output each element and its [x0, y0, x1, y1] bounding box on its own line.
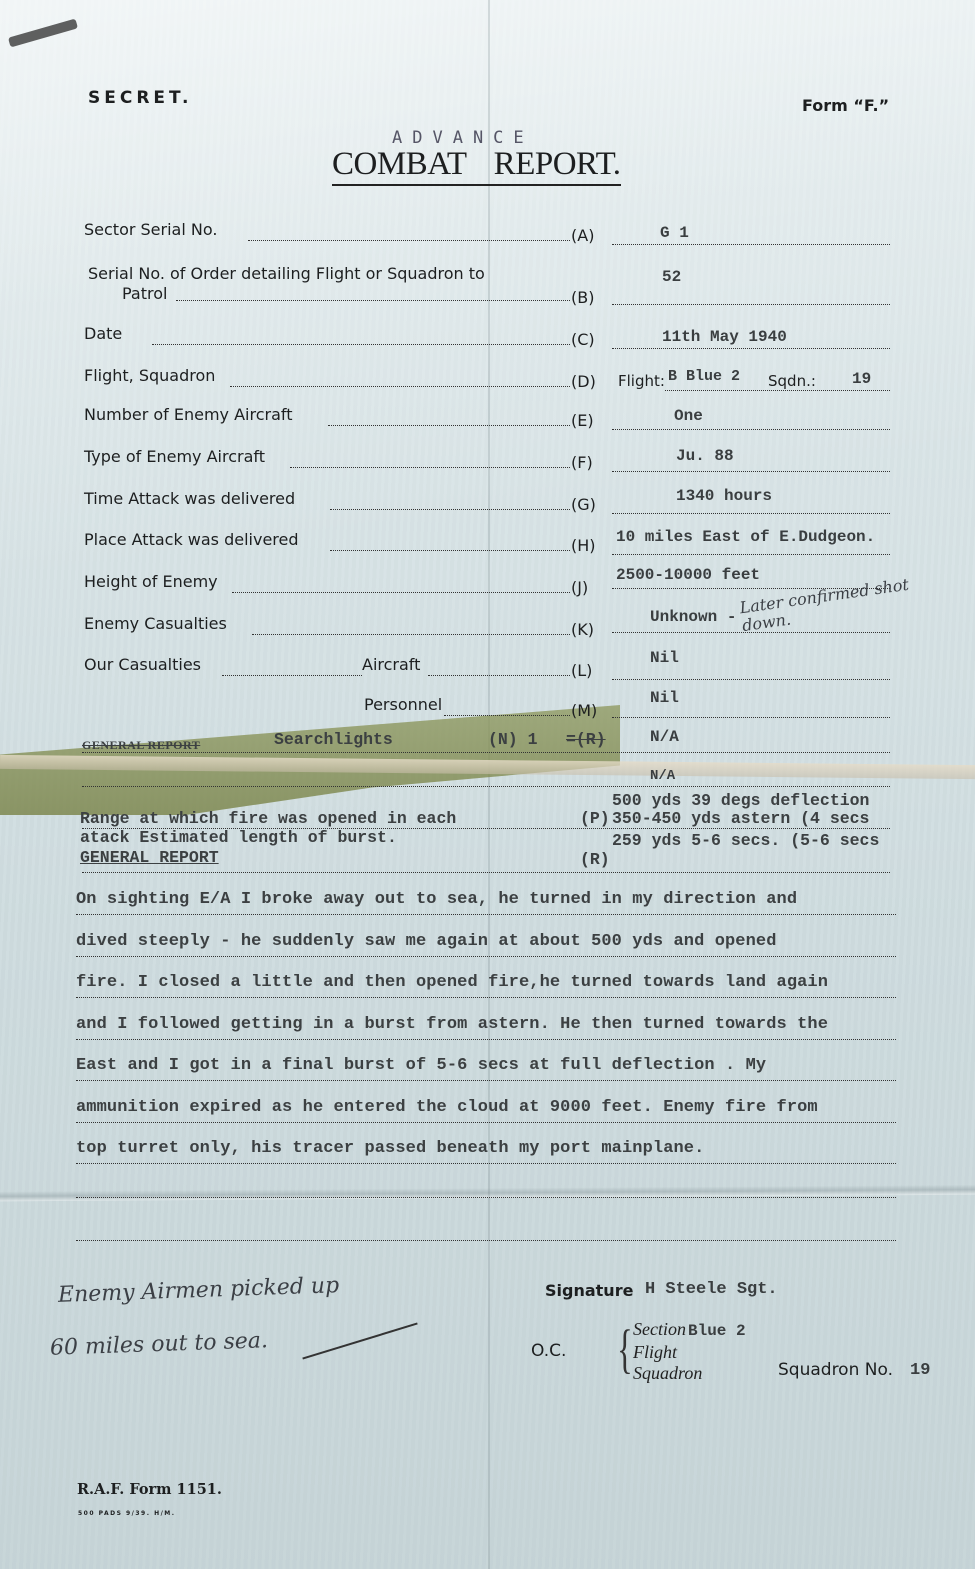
field-row-g: Time Attack was delivered (G) 1340 hours [0, 489, 975, 519]
field-label: Place Attack was delivered [84, 530, 299, 549]
field-row-a: Sector Serial No. (A) G 1 [0, 220, 975, 250]
leader-dots [290, 467, 570, 468]
field-code: (A) [571, 226, 594, 245]
field-code: (C) [571, 330, 595, 349]
general-report-heading: GENERAL REPORT [80, 848, 219, 867]
value-line [612, 471, 890, 472]
field-code: (F) [571, 453, 593, 472]
range-label-2: atack Estimated length of burst. [80, 828, 397, 847]
signature-label: Signature [545, 1281, 633, 1300]
value-line [612, 554, 890, 555]
report-line-dots [76, 1122, 896, 1123]
report-line: ammunition expired as he entered the clo… [76, 1098, 818, 1117]
field-value: One [674, 407, 703, 425]
oc-label: O.C. [531, 1341, 566, 1361]
field-value: Unknown - [650, 608, 736, 626]
squadron-value: 19 [852, 370, 871, 388]
handwritten-footer-line2: 60 miles out to sea. [50, 1328, 269, 1361]
field-code: (K) [571, 620, 594, 639]
leader-dots [330, 509, 570, 510]
field-row-e: Number of Enemy Aircraft (E) One [0, 405, 975, 435]
signature-value: H Steele Sgt. [645, 1280, 778, 1299]
leader-dots [428, 675, 570, 676]
field-row-b: Serial No. of Order detailing Flight or … [0, 262, 975, 310]
value-line [612, 304, 890, 305]
handwritten-footer-line1: Enemy Airmen picked up [58, 1273, 340, 1308]
leader-dots [248, 240, 570, 241]
classification-label: SECRET. [88, 88, 193, 108]
report-line-dots [76, 914, 896, 915]
report-line: East and I got in a final burst of 5-6 s… [76, 1056, 766, 1075]
field-row-d: Flight, Squadron (D) Flight: B Blue 2 Sq… [0, 366, 975, 396]
page-title: COMBAT REPORT. [332, 146, 621, 186]
report-line: dived steeply - he suddenly saw me again… [76, 932, 777, 951]
flight-label: Flight [633, 1342, 746, 1363]
report-line-dots [76, 1163, 896, 1164]
value-line [612, 632, 890, 633]
empty-line [76, 1240, 896, 1241]
field-label: Sector Serial No. [84, 220, 217, 239]
field-row-l: Our Casualties Aircraft (L) Nil [0, 655, 975, 685]
field-code: (L) [571, 661, 592, 680]
field-value: 11th May 1940 [662, 328, 787, 346]
field-label: Date [84, 324, 122, 343]
field-label: Type of Enemy Aircraft [84, 447, 265, 466]
report-line: fire. I closed a little and then opened … [76, 973, 828, 992]
value-line [82, 872, 890, 873]
leader-dots [152, 344, 570, 345]
range-code: (P) [580, 809, 610, 828]
field-value: 52 [662, 268, 681, 286]
squadron-no-label: Squadron No. [778, 1360, 893, 1380]
field-label: Personnel [364, 695, 442, 714]
flight-value: B Blue 2 [668, 368, 740, 385]
paper-scuff [8, 19, 78, 48]
field-value: G 1 [660, 224, 689, 242]
field-row-k: Enemy Casualties (K) Unknown - Later con… [0, 614, 975, 644]
form-id: Form “F.” [802, 96, 889, 115]
aa-value: N/A [650, 768, 675, 784]
field-value: 10 miles East of E.Dudgeon. [616, 528, 875, 546]
report-line-dots [76, 1039, 896, 1040]
value-line [612, 429, 890, 430]
leader-dots [232, 592, 570, 593]
field-code: (G) [571, 495, 596, 514]
field-label: Time Attack was delivered [84, 489, 295, 508]
field-sublabel: Aircraft [362, 655, 420, 674]
leader-dots [252, 634, 570, 635]
field-code: (E) [571, 411, 594, 430]
form-number: R.A.F. Form 1151. [77, 1481, 222, 1498]
value-line [612, 348, 890, 349]
field-value: 2500-10000 feet [616, 566, 760, 584]
report-line-dots [76, 956, 896, 957]
empty-line [76, 1197, 896, 1198]
searchlights-label: Searchlights [274, 730, 393, 749]
field-value: Nil [650, 649, 679, 667]
leader-dots [230, 386, 570, 387]
flight-label: Flight: [618, 372, 665, 390]
leader-dots [444, 715, 570, 716]
brace-icon: { [617, 1318, 633, 1380]
report-line: top turret only, his tracer passed benea… [76, 1139, 704, 1158]
value-line [612, 717, 890, 718]
value-line [665, 390, 890, 391]
squadron-label: Squadron [633, 1363, 746, 1384]
advance-stamp: ADVANCE [392, 128, 534, 148]
value-line [82, 786, 890, 787]
unit-list: SectionBlue 2 Flight Squadron [633, 1319, 746, 1384]
field-label: Height of Enemy [84, 572, 218, 591]
field-value: 1340 hours [676, 487, 772, 505]
searchlights-r: =(R) [566, 730, 606, 749]
field-row-f: Type of Enemy Aircraft (F) Ju. 88 [0, 447, 975, 477]
field-code: (M) [571, 701, 597, 720]
leader-dots [330, 550, 570, 551]
range-label-1: Range at which fire was opened in each [80, 809, 456, 828]
field-value: Nil [650, 689, 679, 707]
struck-general-report: GENERAL REPORT [82, 738, 200, 753]
range-value-1: 500 yds 39 degs deflection [612, 791, 869, 810]
section-label: Section [633, 1319, 686, 1339]
field-label: Enemy Casualties [84, 614, 227, 633]
squadron-label: Sqdn.: [768, 372, 816, 390]
field-label: Flight, Squadron [84, 366, 215, 385]
field-label: Our Casualties [84, 655, 201, 674]
leader-dots [222, 675, 362, 676]
section-value: Blue 2 [688, 1322, 746, 1340]
report-line-dots [76, 997, 896, 998]
searchlights-code: (N) 1 [488, 730, 538, 749]
field-code: (D) [571, 372, 596, 391]
field-label-line1: Serial No. of Order detailing Flight or … [88, 264, 485, 283]
squadron-no-value: 19 [910, 1361, 930, 1380]
field-code: (B) [571, 288, 594, 307]
value-line [612, 513, 890, 514]
print-code: 500 PADS 9/39. H/M. [78, 1510, 176, 1517]
field-row-m: Personnel (M) Nil [0, 695, 975, 725]
value-line [612, 679, 890, 680]
field-row-h: Place Attack was delivered (H) 10 miles … [0, 530, 975, 560]
field-row-c: Date (C) 11th May 1940 [0, 324, 975, 354]
value-line [612, 244, 890, 245]
field-label: Number of Enemy Aircraft [84, 405, 293, 424]
range-value-2: 350-450 yds astern (4 secs [612, 809, 869, 828]
handwritten-stroke [302, 1323, 417, 1360]
field-code: (H) [571, 536, 596, 555]
field-value: Ju. 88 [676, 447, 734, 465]
field-label: Patrol [122, 284, 167, 303]
value-line [82, 752, 890, 753]
leader-dots [328, 425, 570, 426]
report-line: and I followed getting in a burst from a… [76, 1015, 828, 1034]
general-report-code: (R) [580, 850, 610, 869]
leader-dots [176, 300, 570, 301]
report-line-dots [76, 1080, 896, 1081]
report-line: On sighting E/A I broke away out to sea,… [76, 890, 797, 909]
searchlights-value: N/A [650, 728, 679, 746]
field-code: (J) [571, 578, 588, 597]
range-value-3: 259 yds 5-6 secs. (5-6 secs [612, 831, 879, 850]
